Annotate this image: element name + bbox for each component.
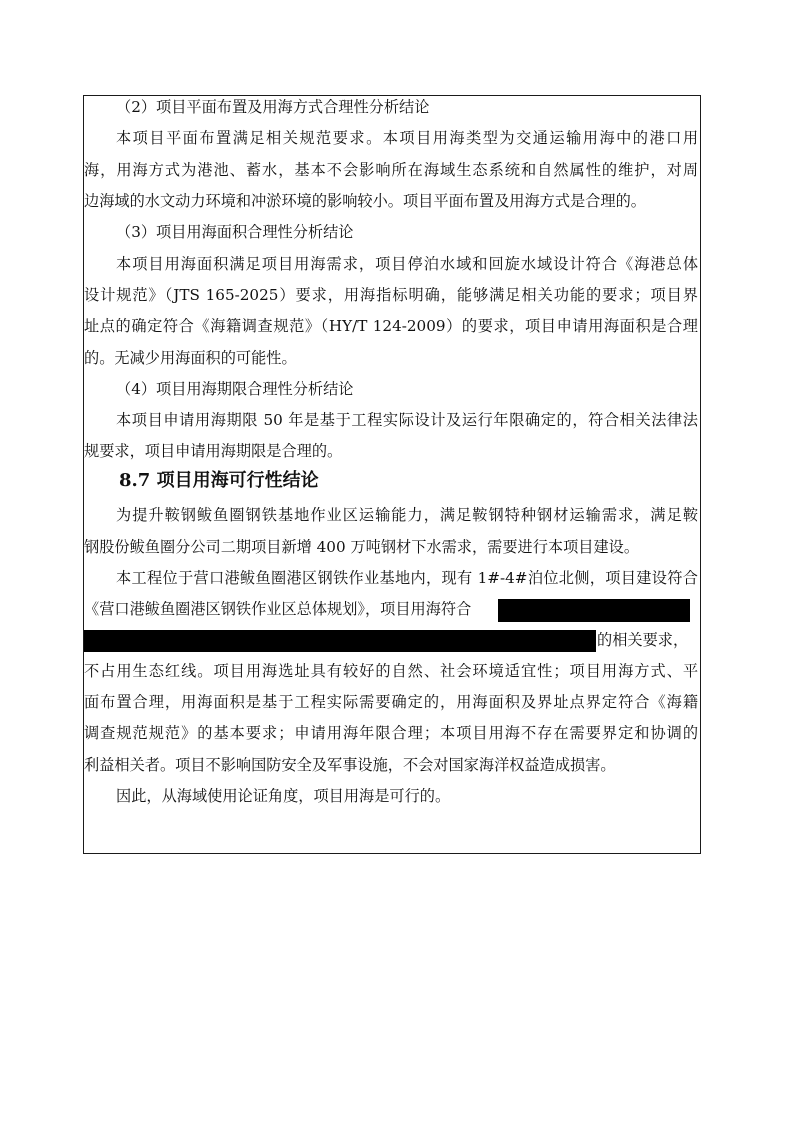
para-2-line-4: 不占用生态红线。项目用海选址具有较好的自然、社会环境适宜性；项目用海方式、平 — [84, 661, 698, 681]
section-3-line-2: 设计规范》（JTS 165-2025）要求，用海指标明确，能够满足相关功能的要求… — [84, 285, 698, 305]
para-2-line-3-tail: 的相关要求， — [597, 630, 697, 650]
para-2-line-7: 利益相关者。项目不影响国防安全及军事设施，不会对国家海洋权益造成损害。 — [84, 755, 698, 775]
section-4-line-2: 规要求，项目申请用海期限是合理的。 — [84, 441, 698, 461]
section-heading-8-7: 8.7 项目用海可行性结论 — [119, 470, 319, 492]
para-2-line-6: 调查规范规范》的基本要求；申请用海年限合理；本项目用海不存在需要界定和协调的 — [84, 723, 698, 743]
redaction-bar-1 — [498, 599, 690, 622]
redaction-bar-2 — [84, 630, 596, 652]
para-1-line-1: 为提升鞍钢鲅鱼圈钢铁基地作业区运输能力，满足鞍钢特种钢材运输需求，满足鞍 — [116, 505, 698, 525]
section-2-line-3: 边海域的水文动力环境和冲淤环境的影响较小。项目平面布置及用海方式是合理的。 — [84, 191, 698, 211]
section-4-title: （4）项目用海期限合理性分析结论 — [116, 379, 698, 399]
para-1-line-2: 钢股份鲅鱼圈分公司二期项目新增 400 万吨钢材下水需求，需要进行本项目建设。 — [84, 537, 698, 557]
para-2-line-2: 《营口港鲅鱼圈港区钢铁作业区总体规划》，项目用海符合 — [84, 599, 496, 619]
section-3-line-4: 的。无减少用海面积的可能性。 — [84, 348, 698, 368]
para-2-line-5: 面布置合理，用海面积是基于工程实际需要确定的，用海面积及界址点界定符合《海籍 — [84, 692, 698, 712]
para-2-line-1: 本工程位于营口港鲅鱼圈港区钢铁作业基地内，现有 1#-4#泊位北侧，项目建设符合 — [116, 568, 698, 588]
section-3-line-3: 址点的确定符合《海籍调查规范》（HY/T 124-2009）的要求，项目申请用海… — [84, 316, 698, 336]
section-4-line-1: 本项目申请用海期限 50 年是基于工程实际设计及运行年限确定的，符合相关法律法 — [116, 410, 698, 430]
section-2-title: （2）项目平面布置及用海方式合理性分析结论 — [116, 97, 698, 117]
section-2-line-1: 本项目平面布置满足相关规范要求。本项目用海类型为交通运输用海中的港口用 — [116, 128, 698, 148]
section-3-line-1: 本项目用海面积满足项目用海需求，项目停泊水域和回旋水域设计符合《海港总体 — [116, 254, 698, 274]
section-2-line-2: 海，用海方式为港池、蓄水，基本不会影响所在海域生态系统和自然属性的维护，对周 — [84, 160, 698, 180]
conclusion-line: 因此，从海域使用论证角度，项目用海是可行的。 — [116, 786, 698, 806]
section-3-title: （3）项目用海面积合理性分析结论 — [116, 222, 698, 242]
